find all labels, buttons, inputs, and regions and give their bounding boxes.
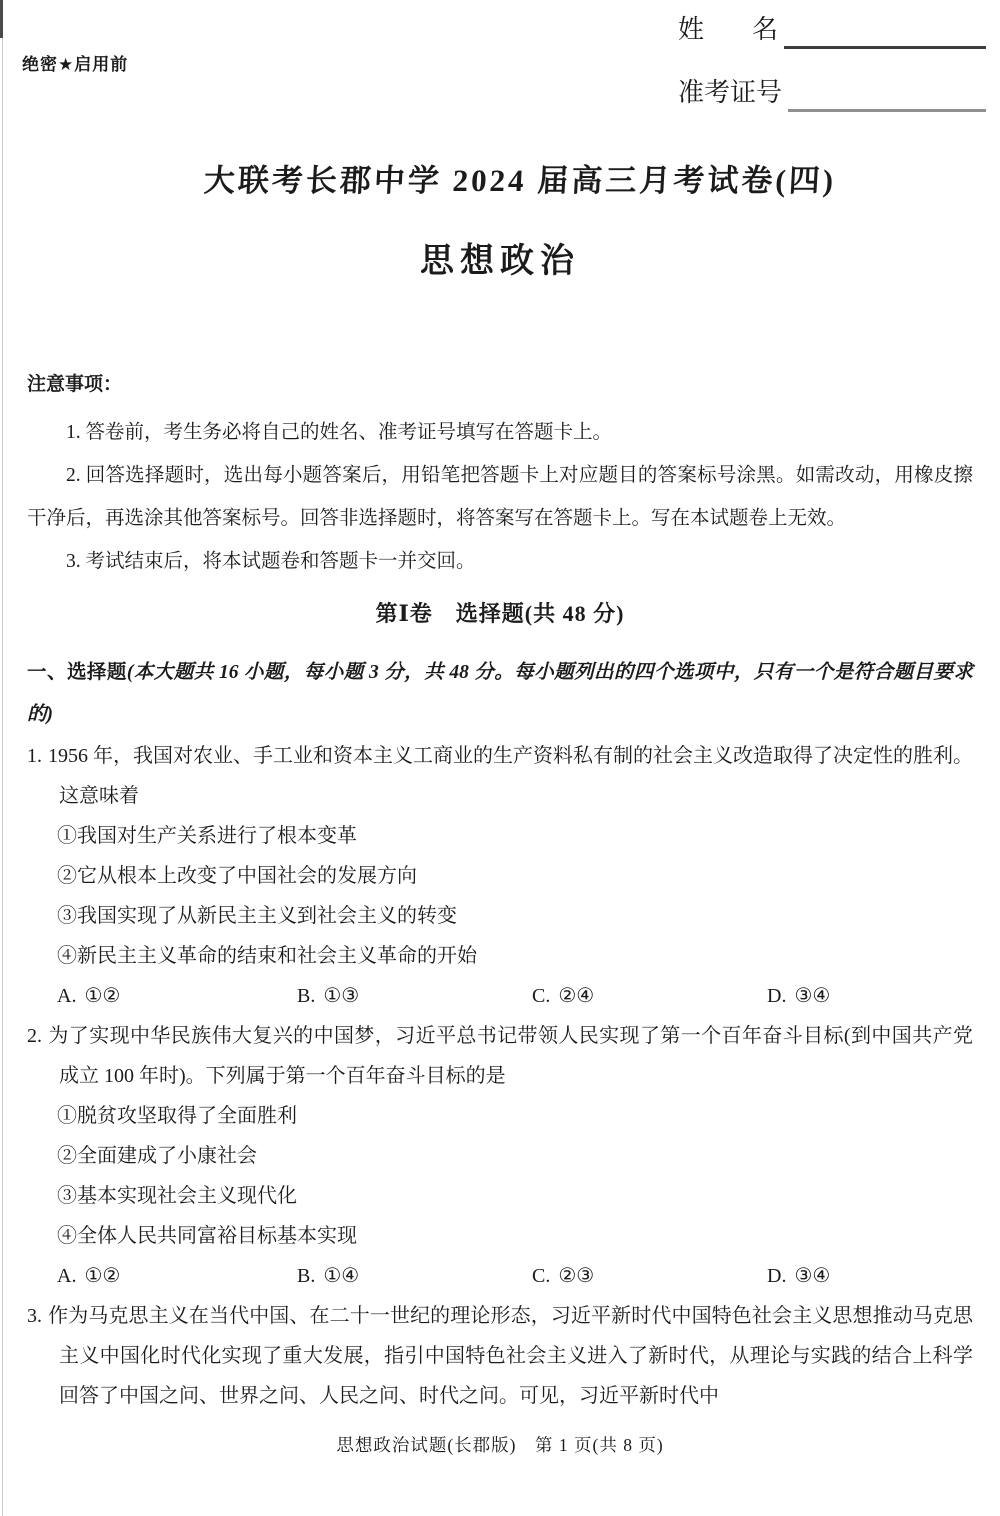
question-1: 1.1956 年，我国对农业、手工业和资本主义工商业的生产资料私有制的社会主义改… [27,736,973,1016]
admission-row: 准考证号 [678,73,986,112]
scan-edge-artifact [2,0,3,1516]
option-d[interactable]: D.③④ [767,1256,973,1296]
section-instruction-detail: (本大题共 16 小题，每小题 3 分，共 48 分。每小题列出的四个选项中，只… [27,662,973,725]
question-number: 2. [27,1025,48,1047]
option-a-label: A. [57,1265,84,1287]
question-statement-3: ③基本实现社会主义现代化 [27,1176,973,1216]
option-c-label: C. [532,1265,558,1287]
secrecy-label: 绝密★启用前 [22,50,128,75]
question-statement-1: ①我国对生产关系进行了根本变革 [27,816,973,856]
option-d-value: ③④ [794,1265,830,1287]
option-b-label: B. [297,1265,323,1287]
option-c[interactable]: C.②④ [532,976,767,1016]
notice-heading: 注意事项： [27,370,973,400]
section-instruction: 一、选择题(本大题共 16 小题，每小题 3 分，共 48 分。每小题列出的四个… [27,651,973,736]
question-stem: 2.为了实现中华民族伟大复兴的中国梦，习近平总书记带领人民实现了第一个百年奋斗目… [27,1016,973,1096]
question-3: 3.作为马克思主义在当代中国、在二十一世纪的理论形态，习近平新时代中国特色社会主… [27,1296,973,1416]
option-d[interactable]: D.③④ [767,976,973,1016]
option-d-value: ③④ [794,985,830,1007]
option-a[interactable]: A.①② [57,1256,297,1296]
exam-paper-page: 绝密★启用前 姓 名 准考证号 大联考长郡中学 2024 届高三月考试卷(四) … [0,0,1000,1516]
question-statement-2: ②全面建成了小康社会 [27,1136,973,1176]
paper-body: 注意事项： 1. 答卷前，考生务必将自己的姓名、准考证号填写在答题卡上。 2. … [0,370,1000,1458]
question-statement-4: ④全体人民共同富裕目标基本实现 [27,1216,973,1256]
name-input-line[interactable] [784,10,986,49]
page-footer: 思想政治试题(长郡版) 第 1 页(共 8 页) [27,1432,973,1458]
question-statement-2: ②它从根本上改变了中国社会的发展方向 [27,856,973,896]
option-a-value: ①② [84,1265,120,1287]
name-row: 姓 名 [678,10,986,49]
option-c-label: C. [532,985,558,1007]
admission-field-label: 准考证号 [678,74,782,112]
option-b-value: ①④ [323,1265,359,1287]
section-title: 第Ⅰ卷 选择题(共 48 分) [27,597,973,631]
option-d-label: D. [767,1265,794,1287]
option-c-value: ②④ [558,985,594,1007]
question-stem-text: 作为马克思主义在当代中国、在二十一世纪的理论形态，习近平新时代中国特色社会主义思… [48,1305,973,1407]
notice-item-1: 1. 答卷前，考生务必将自己的姓名、准考证号填写在答题卡上。 [27,411,973,454]
question-2: 2.为了实现中华民族伟大复兴的中国梦，习近平总书记带领人民实现了第一个百年奋斗目… [27,1016,973,1296]
option-c-value: ②③ [558,1265,594,1287]
question-statement-1: ①脱贫攻坚取得了全面胜利 [27,1096,973,1136]
question-stem: 3.作为马克思主义在当代中国、在二十一世纪的理论形态，习近平新时代中国特色社会主… [27,1296,973,1416]
subject-title: 思想政治 [0,238,1000,284]
option-b-value: ①③ [323,985,359,1007]
notice-item-3: 3. 考试结束后，将本试题卷和答题卡一并交回。 [27,540,973,583]
section-instruction-lead: 一、选择题 [27,661,127,683]
option-a[interactable]: A.①② [57,976,297,1016]
option-b-label: B. [297,985,323,1007]
question-number: 1. [27,745,48,767]
option-a-value: ①② [84,985,120,1007]
options-row: A.①② B.①④ C.②③ D.③④ [27,1256,973,1296]
name-field-label: 姓 名 [678,11,778,49]
notice-item-2: 2. 回答选择题时，选出每小题答案后，用铅笔把答题卡上对应题目的答案标号涂黑。如… [27,454,973,540]
question-stem-text: 为了实现中华民族伟大复兴的中国梦，习近平总书记带领人民实现了第一个百年奋斗目标(… [48,1025,973,1087]
admission-input-line[interactable] [788,73,986,112]
question-stem: 1.1956 年，我国对农业、手工业和资本主义工商业的生产资料私有制的社会主义改… [27,736,973,816]
question-statement-3: ③我国实现了从新民主主义到社会主义的转变 [27,896,973,936]
option-b[interactable]: B.①④ [297,1256,532,1296]
option-d-label: D. [767,985,794,1007]
candidate-fillin-block: 姓 名 准考证号 [678,10,986,112]
question-number: 3. [27,1305,48,1327]
option-b[interactable]: B.①③ [297,976,532,1016]
option-a-label: A. [57,985,84,1007]
question-stem-text: 1956 年，我国对农业、手工业和资本主义工商业的生产资料私有制的社会主义改造取… [48,745,973,807]
option-c[interactable]: C.②③ [532,1256,767,1296]
options-row: A.①② B.①③ C.②④ D.③④ [27,976,973,1016]
question-statement-4: ④新民主主义革命的结束和社会主义革命的开始 [27,936,973,976]
scan-corner-artifact [0,0,3,38]
exam-title: 大联考长郡中学 2024 届高三月考试卷(四) [39,158,1000,204]
